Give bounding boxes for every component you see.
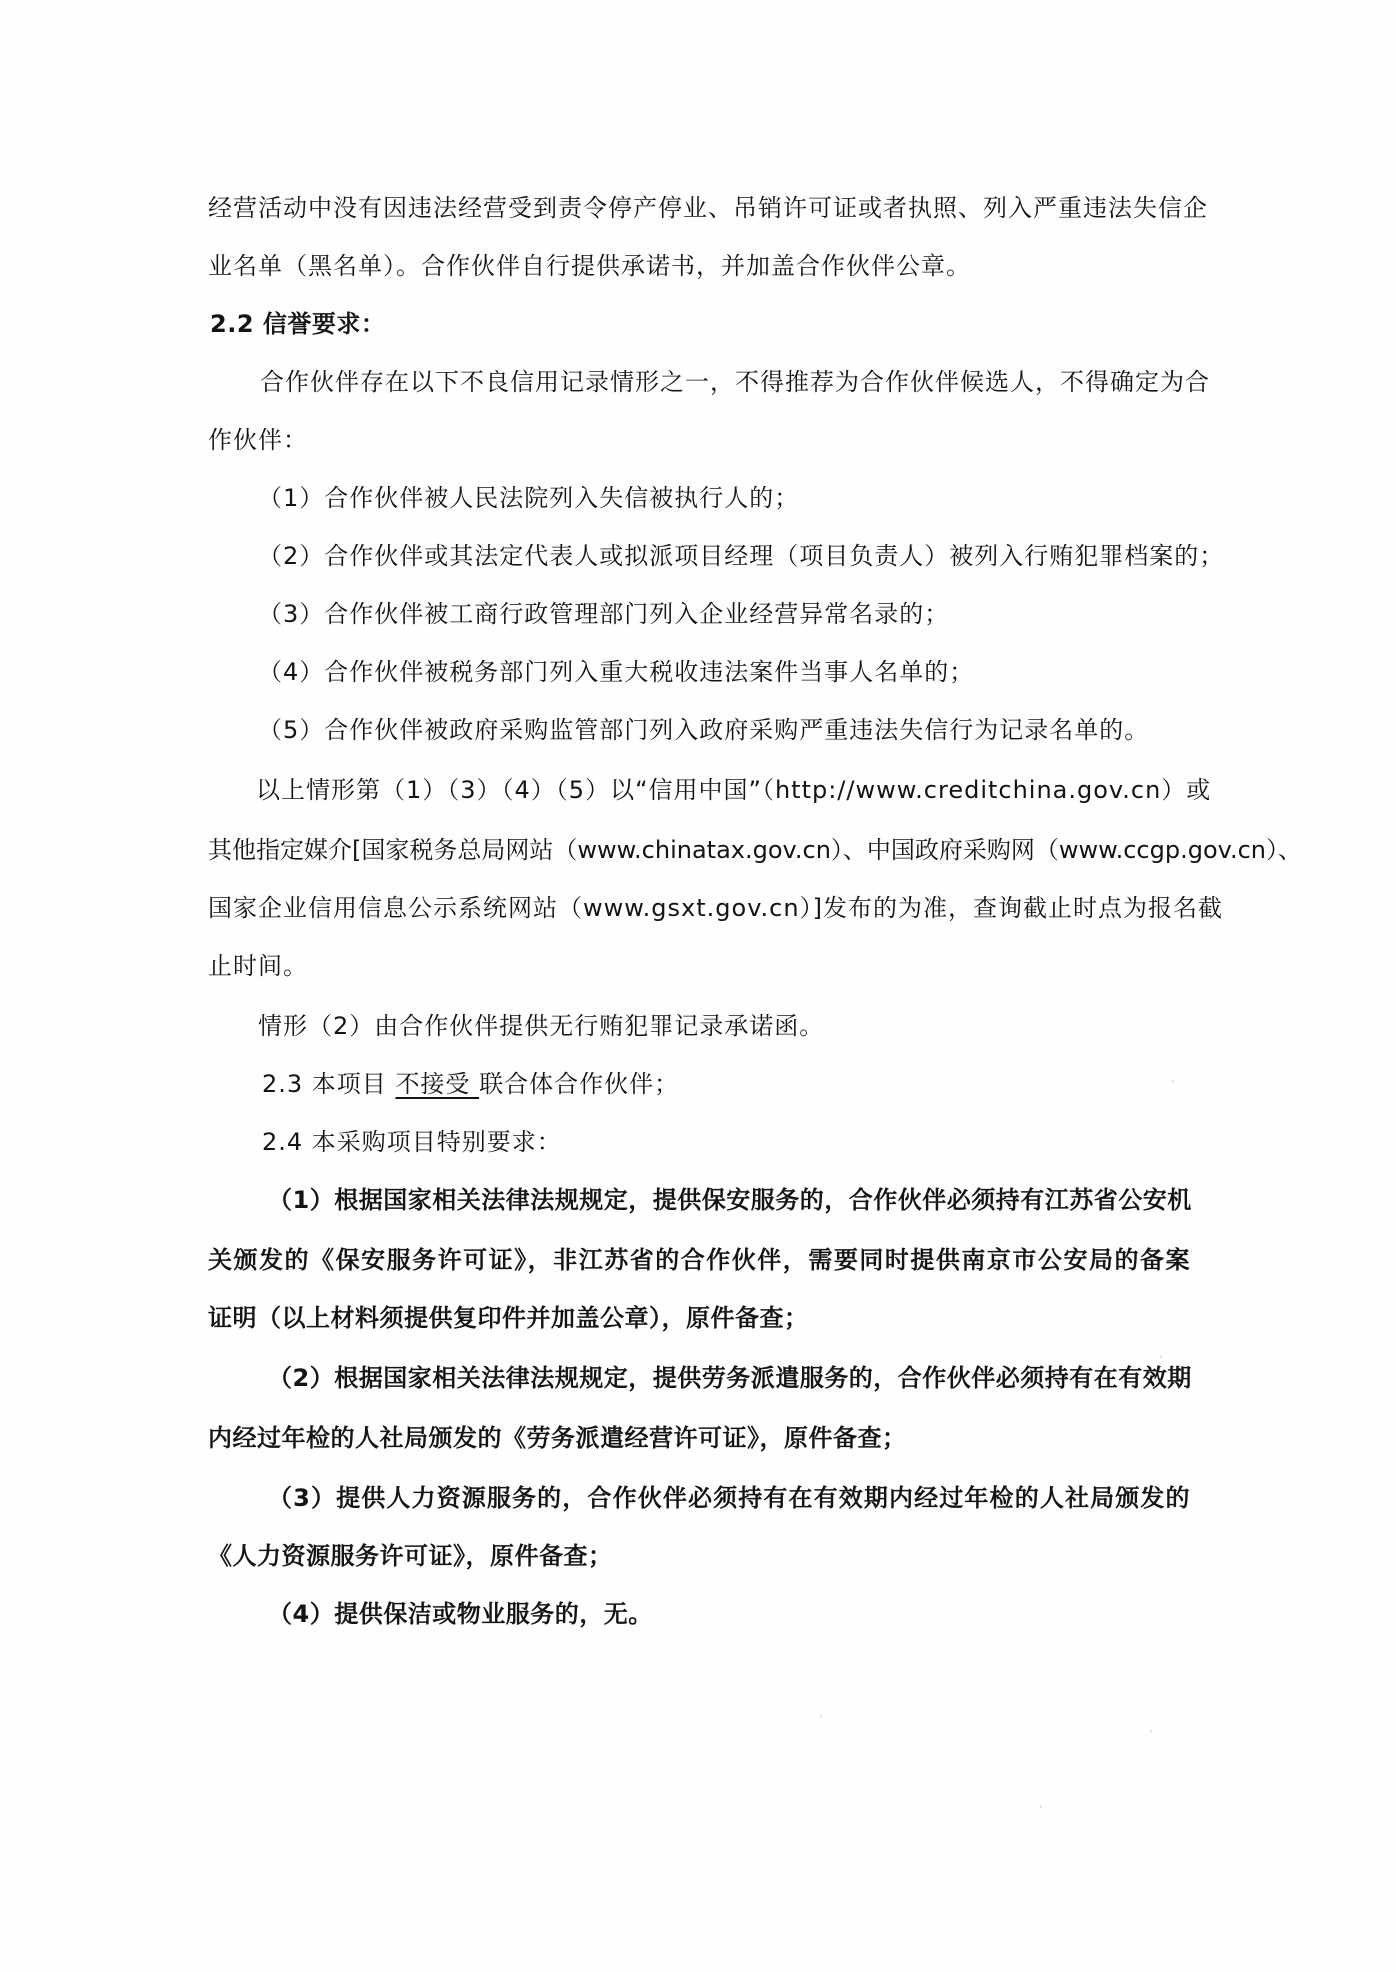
- section-2-3-suffix: 联合体合作伙伴；: [479, 1070, 679, 1098]
- section-2-3-prefix: 2.3 本项目: [262, 1070, 395, 1098]
- section-2-4-heading: 2.4 本采购项目特别要求：: [262, 1126, 562, 1158]
- req-1-line-1: （1）根据国家相关法律法规规定，提供保安服务的，合作伙伴必须持有江苏省公安机: [268, 1184, 1190, 1216]
- req-1-line-3: 证明（以上材料须提供复印件并加盖公章），原件备查；: [208, 1302, 809, 1334]
- req-3-line-2: 《人力资源服务许可证》，原件备查；: [208, 1540, 613, 1572]
- req-3-line-1: （3）提供人力资源服务的，合作伙伴必须持有在有效期内经过年检的人社局颁发的: [268, 1482, 1190, 1514]
- section-2-2-para-line-2: 作伙伴：: [208, 424, 308, 456]
- case-2-note: 情形（2）由合作伙伴提供无行贿犯罪记录承诺函。: [258, 1010, 824, 1042]
- section-2-3-underlined-value: 不接受: [395, 1070, 479, 1098]
- credit-item-1: （1）合作伙伴被人民法院列入失信被执行人的；: [258, 482, 799, 514]
- scan-speck: [1172, 1080, 1174, 1083]
- scan-speck: [1040, 1805, 1042, 1808]
- section-2-3: 2.3 本项目 不接受 联合体合作伙伴；: [262, 1068, 679, 1100]
- req-2-line-2: 内经过年检的人社局颁发的《劳务派遣经营许可证》，原件备查；: [208, 1422, 907, 1454]
- section-2-2-para-line-1: 合作伙伴存在以下不良信用记录情形之一，不得推荐为合作伙伴候选人，不得确定为合: [260, 366, 1196, 398]
- verification-line-1: 以上情形第（1）（3）（4）（5）以“信用中国”（http://www.cred…: [256, 774, 1190, 806]
- req-4: （4）提供保洁或物业服务的，无。: [268, 1598, 653, 1630]
- verification-line-4: 止时间。: [208, 950, 308, 982]
- credit-item-3: （3）合作伙伴被工商行政管理部门列入企业经营异常名录的；: [258, 598, 949, 630]
- intro-line-2: 业名单（黑名单）。合作伙伴自行提供承诺书，并加盖合作伙伴公章。: [208, 250, 971, 282]
- credit-item-4: （4）合作伙伴被税务部门列入重大税收违法案件当事人名单的；: [258, 656, 974, 688]
- req-1-line-2: 关颁发的《保安服务许可证》，非江苏省的合作伙伴，需要同时提供南京市公安局的备案: [208, 1244, 1190, 1276]
- scan-speck: [820, 1715, 822, 1718]
- credit-item-5: （5）合作伙伴被政府采购监管部门列入政府采购严重违法失信行为记录名单的。: [258, 714, 1149, 746]
- document-page: 经营活动中没有因违法经营受到责令停产停业、吊销许可证或者执照、列入严重违法失信企…: [0, 0, 1396, 1972]
- scan-speck: [1160, 1355, 1162, 1358]
- scan-speck: [1150, 1730, 1152, 1733]
- section-2-2-heading: 2.2 信誉要求：: [210, 308, 385, 340]
- credit-item-2: （2）合作伙伴或其法定代表人或拟派项目经理（项目负责人）被列入行贿犯罪档案的；: [258, 540, 1224, 572]
- intro-line-1: 经营活动中没有因违法经营受到责令停产停业、吊销许可证或者执照、列入严重违法失信企: [208, 192, 1196, 224]
- verification-line-3: 国家企业信用信息公示系统网站（www.gsxt.gov.cn）]发布的为准，查询…: [208, 892, 1190, 924]
- req-2-line-1: （2）根据国家相关法律法规规定，提供劳务派遣服务的，合作伙伴必须持有在有效期: [268, 1362, 1190, 1394]
- verification-line-2: 其他指定媒介[国家税务总局网站（www.chinatax.gov.cn）、中国政…: [208, 834, 1198, 866]
